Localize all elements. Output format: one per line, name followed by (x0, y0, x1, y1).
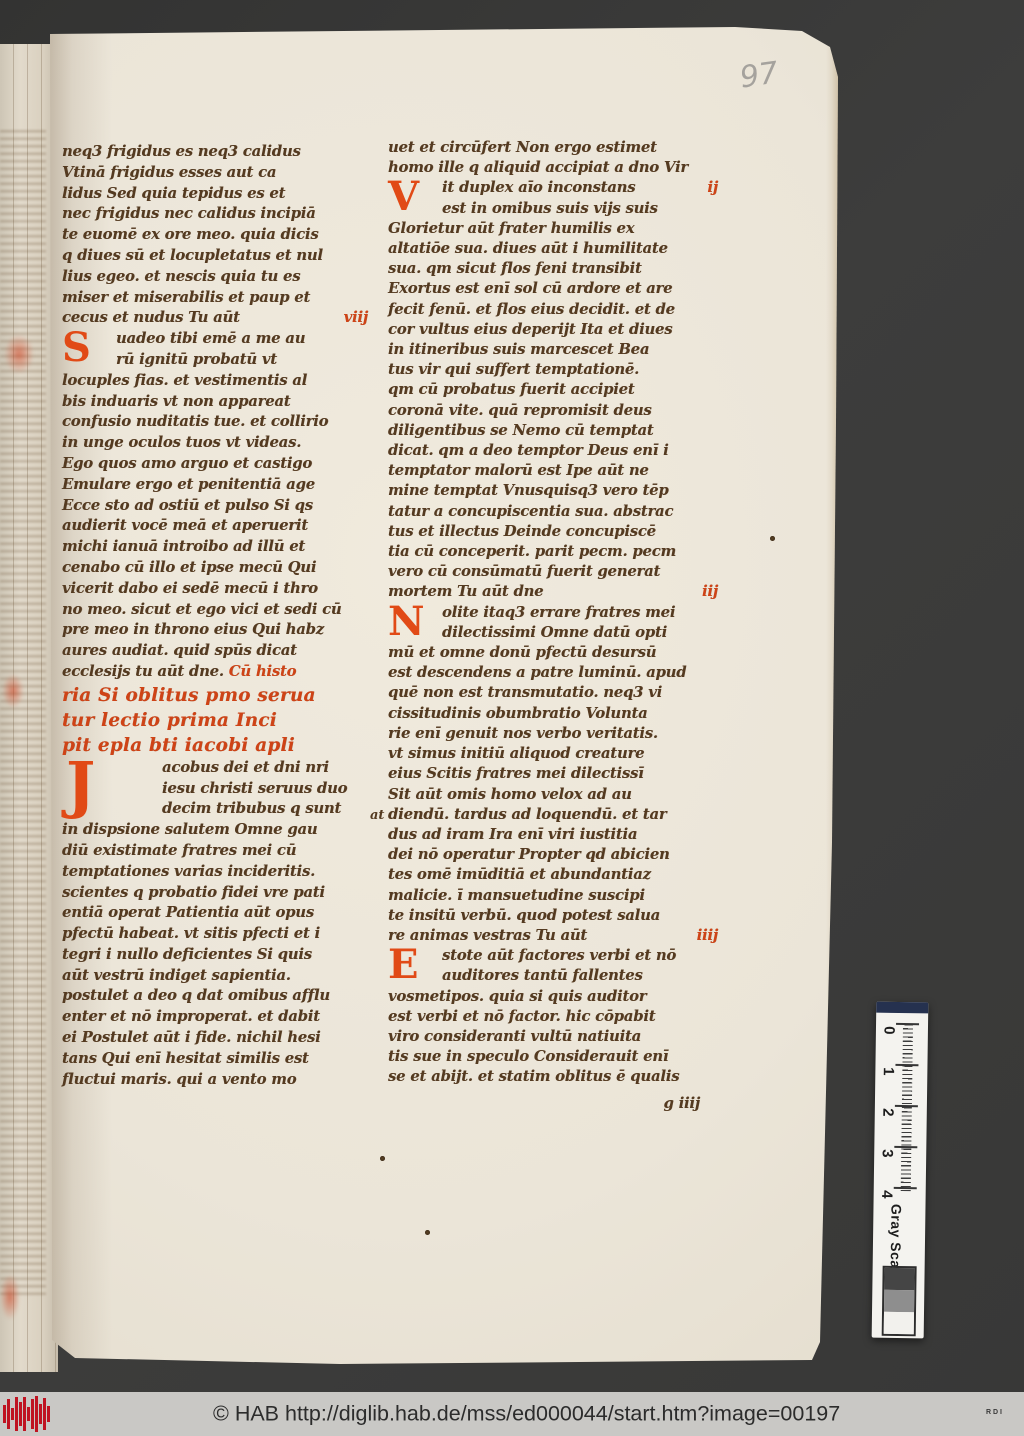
manuscript-line: miser et miserabilis et paup et (62, 288, 368, 309)
ruler-number: 2 (879, 1105, 896, 1119)
manuscript-line: ecclesijs tu aūt dne. Cū histo (62, 662, 368, 683)
manuscript-line: Estote aūt factores verbi et nō (388, 946, 718, 966)
text-segment: sua. qm sicut flos feni transibit (388, 260, 642, 277)
text-segment: dei nō operatur Propter qd abicien (388, 846, 670, 863)
manuscript-line: homo ille q aliquid accipiat a dno Vir (388, 158, 718, 178)
text-segment: tis sue in speculo Considerauit enī (388, 1048, 668, 1065)
ruler-mm-ticks (901, 1024, 913, 1191)
patch-white (884, 1312, 914, 1334)
text-segment: se et abijt. et statim oblitus ē qualis (388, 1068, 679, 1085)
patch-mid (884, 1290, 914, 1312)
manuscript-line: in dispsione salutem Omne gau (62, 820, 368, 841)
text-segment: bis induaris vt non appareat (62, 393, 290, 410)
text-segment: tus et illectus Deinde concupiscē (388, 523, 656, 540)
ruler-cm-tick (895, 1105, 918, 1107)
text-segment: decim tribubus q sunt (162, 800, 341, 817)
manuscript-line: te insitū verbū. quod potest salua (388, 906, 718, 926)
manuscript-line: in unge oculos tuos vt videas. (62, 433, 368, 454)
text-segment: eius Scitis fratres mei dilectissī (388, 765, 644, 782)
manuscript-line: te euomē ex ore meo. quia dicis (62, 225, 368, 246)
manuscript-line: Exortus est enī sol cū ardore et are (388, 279, 718, 299)
text-segment: malicie. ī mansuetudine suscipi (388, 887, 645, 904)
manuscript-line: entiā operat Patientia aūt opus (62, 903, 368, 924)
manuscript-line: diū existimate fratres mei cū (62, 841, 368, 862)
text-segment: iesu christi seruus duo (162, 780, 347, 797)
manuscript-line: temptator malorū est Ipe aūt ne (388, 461, 718, 481)
text-segment: in unge oculos tuos vt videas. (62, 434, 301, 451)
wormhole-dot (770, 536, 775, 541)
manuscript-line: q diues sū et locupletatus et nul (62, 246, 368, 267)
patch-dark (884, 1268, 914, 1290)
text-segment: Glorietur aūt frater humilis ex (388, 220, 634, 237)
manuscript-line: rie enī genuit nos verbo veritatis. (388, 724, 718, 744)
illuminated-initial: J (62, 758, 162, 818)
manuscript-line: est verbi et nō factor. hic cōpabit (388, 1007, 718, 1027)
manuscript-line: enter et nō improperat. et dabit (62, 1007, 368, 1028)
manuscript-line: tia cū conceperit. parit pecm. pecm (388, 542, 718, 562)
text-segment: diendū. tardus ad loquendū. et tar (388, 806, 666, 823)
text-segment: est in omibus suis vijs suis (442, 200, 658, 217)
manuscript-line: malicie. ī mansuetudine suscipi (388, 886, 718, 906)
manuscript-line: tus et illectus Deinde concupiscē (388, 522, 718, 542)
manuscript-line: vt simus initiū aliquod creature (388, 744, 718, 764)
text-segment: dus ad iram Ira enī viri iustitia (388, 826, 637, 843)
illuminated-initial: S (62, 329, 116, 369)
manuscript-line: dei nō operatur Propter qd abicien (388, 845, 718, 865)
gray-scale-patches (882, 1266, 917, 1336)
text-segment: rie enī genuit nos verbo veritatis. (388, 725, 658, 742)
manuscript-line: quē non est transmutatio. neq3 vi (388, 683, 718, 703)
manuscript-line: mū et omne donū pfectū desursū (388, 643, 718, 663)
manuscript-line: in itineribus suis marcescet Bea (388, 340, 718, 360)
manuscript-line: mortem Tu aūt dneiij (388, 582, 718, 602)
manuscript-line: no meo. sicut et ego vici et sedi cū (62, 600, 368, 621)
text-segment: in dispsione salutem Omne gau (62, 821, 317, 838)
ruler-navy-cap (876, 1002, 928, 1014)
manuscript-line: michi ianuā introibo ad illū et (62, 537, 368, 558)
manuscript-line: sua. qm sicut flos feni transibit (388, 259, 718, 279)
manuscript-line: diendū. tardus ad loquendū. et tar (388, 805, 718, 825)
manuscript-line: uet et circūfert Non ergo estimet (388, 138, 718, 158)
manuscript-line: tur lectio prima Inci (62, 708, 368, 733)
gray-scale-ruler: 0 1 2 3 4 Gray Scale (872, 1002, 929, 1339)
text-segment: lius egeo. et nescis quia tu es (62, 268, 300, 285)
manuscript-line: Sit aūt omis homo velox ad au (388, 785, 718, 805)
text-segment: fluctui maris. qui a vento mo (62, 1071, 296, 1088)
text-segment: scientes q probatio fidei vre pati (62, 884, 325, 901)
text-segment: miser et miserabilis et paup et (62, 289, 310, 306)
wormhole-dot (425, 1230, 430, 1235)
text-segment: aūt vestrū indiget sapientia. (62, 967, 291, 984)
text-column-left: neq3 frigidus es neq3 calidusVtinā frigi… (62, 142, 368, 1090)
text-segment: te euomē ex ore meo. quia dicis (62, 226, 318, 243)
text-segment: cecus et nudus Tu aūt (62, 309, 240, 326)
text-segment: Exortus est enī sol cū ardore et are (388, 280, 672, 297)
manuscript-line: est descendens a patre luminū. apud (388, 663, 718, 683)
text-segment: quē non est transmutatio. neq3 vi (388, 684, 662, 701)
text-segment: cenabo cū illo et ipse mecū Qui (62, 559, 316, 576)
manuscript-line: qm cū probatus fuerit accipiet (388, 380, 718, 400)
text-segment: vt simus initiū aliquod creature (388, 745, 644, 762)
text-segment: tegri i nullo deficientes Si quis (62, 946, 312, 963)
text-segment: pfectū habeat. vt sitis pfecti et i (62, 925, 320, 942)
manuscript-line: lius egeo. et nescis quia tu es (62, 267, 368, 288)
manuscript-line: Vit duplex aīo inconstansij (388, 178, 718, 198)
text-segment: Sit aūt omis homo velox ad au (388, 786, 632, 803)
text-segment: temptator malorū est Ipe aūt ne (388, 462, 649, 479)
text-segment: re animas vestras Tu aūt (388, 927, 587, 944)
footer-watermark: RDI (986, 1409, 1004, 1416)
manuscript-line: scientes q probatio fidei vre pati (62, 883, 368, 904)
manuscript-line: tegri i nullo deficientes Si quis (62, 945, 368, 966)
manuscript-line: dus ad iram Ira enī viri iustitia (388, 825, 718, 845)
manuscript-line: re animas vestras Tu aūtiiij (388, 926, 718, 946)
text-segment: Ego quos amo arguo et castigo (62, 455, 312, 472)
text-segment: homo ille q aliquid accipiat a dno Vir (388, 159, 688, 176)
text-segment: audierit vocē meā et aperuerit (62, 517, 308, 534)
manuscript-line: Suadeo tibi emē a me au (62, 329, 368, 350)
manuscript-line: Emulare ergo et penitentiā age (62, 475, 368, 496)
text-segment: olite itaq3 errare fratres mei (442, 604, 675, 621)
text-segment: te insitū verbū. quod potest salua (388, 907, 660, 924)
manuscript-line: Ecce sto ad ostiū et pulso Si qs (62, 496, 368, 517)
marginal-note: at (370, 808, 384, 823)
facing-page-blurred-text (0, 130, 46, 1300)
text-segment: ei Postulet aūt i fide. nichil hesi (62, 1029, 321, 1046)
text-segment: mū et omne donū pfectū desursū (388, 644, 656, 661)
text-segment: Ecce sto ad ostiū et pulso Si qs (62, 497, 313, 514)
wormhole-dot (380, 1156, 385, 1161)
manuscript-line: g iiij (388, 1094, 718, 1114)
manuscript-line: pfectū habeat. vt sitis pfecti et i (62, 924, 368, 945)
manuscript-line: vicerit dabo ei sedē mecū i thro (62, 579, 368, 600)
ruler-number: 1 (880, 1064, 897, 1078)
text-segment: Emulare ergo et penitentiā age (62, 476, 315, 493)
ruler-number: 0 (880, 1023, 897, 1037)
text-segment: tatur a concupiscentia sua. abstrac (388, 503, 673, 520)
ruler-cm-tick (894, 1146, 917, 1148)
manuscript-line: tis sue in speculo Considerauit enī (388, 1047, 718, 1067)
manuscript-line: se et abijt. et statim oblitus ē qualis (388, 1067, 718, 1087)
manuscript-line: temptationes varias incideritis. (62, 862, 368, 883)
illuminated-initial: N (388, 603, 442, 643)
rubric-text: iiij (697, 926, 718, 946)
text-segment: no meo. sicut et ego vici et sedi cū (62, 601, 341, 618)
ruler-cm-tick (894, 1187, 917, 1189)
hab-barcode-logo-icon (3, 1396, 50, 1432)
manuscript-line: Glorietur aūt frater humilis ex (388, 219, 718, 239)
manuscript-line: cenabo cū illo et ipse mecū Qui (62, 558, 368, 579)
text-segment: enter et nō improperat. et dabit (62, 1008, 320, 1025)
manuscript-line: locuples fias. et vestimentis al (62, 371, 368, 392)
text-segment: pre meo in throno eius Qui habz (62, 621, 324, 638)
text-segment: q diues sū et locupletatus et nul (62, 247, 323, 264)
manuscript-line: eius Scitis fratres mei dilectissī (388, 764, 718, 784)
ruler-number: 4 (878, 1187, 895, 1201)
text-segment: altatiōe sua. diues aūt i humilitate (388, 240, 668, 257)
text-segment: lidus Sed quia tepidus es et (62, 185, 285, 202)
manuscript-line: tes omē imūditiā et abundantiaz (388, 865, 718, 885)
attribution-text: © HAB http://diglib.hab.de/mss/ed000044/… (213, 1402, 840, 1427)
manuscript-line: audierit vocē meā et aperuerit (62, 516, 368, 537)
text-segment: postulet a deo q dat omibus afflu (62, 987, 330, 1004)
manuscript-line: vero cū consūmatū fuerit generat (388, 562, 718, 582)
text-segment: est verbi et nō factor. hic cōpabit (388, 1008, 655, 1025)
illuminated-initial: V (388, 178, 442, 218)
attribution-bar: © HAB http://diglib.hab.de/mss/ed000044/… (0, 1392, 1024, 1436)
text-segment: acobus dei et dni nri (162, 759, 329, 776)
text-segment: Vtinā frigidus esses aut ca (62, 164, 276, 181)
manuscript-line: dicat. qm a deo temptor Deus enī i (388, 441, 718, 461)
facing-pages-edge (0, 44, 58, 1372)
text-segment: tes omē imūditiā et abundantiaz (388, 866, 651, 883)
text-segment: it duplex aīo inconstans (442, 179, 635, 196)
manuscript-line: bis induaris vt non appareat (62, 392, 368, 413)
text-segment: mine temptat Vnusquisq3 vero tēp (388, 482, 668, 499)
text-segment: coronā vite. quā repromisit deus (388, 402, 652, 419)
text-segment: tans Qui enī hesitat similis est (62, 1050, 309, 1067)
ruler-cm-tick (896, 1023, 919, 1025)
text-segment: michi ianuā introibo ad illū et (62, 538, 305, 555)
text-segment: in itineribus suis marcescet Bea (388, 341, 649, 358)
manuscript-line: vosmetipos. quia si quis auditor (388, 987, 718, 1007)
manuscript-line: altatiōe sua. diues aūt i humilitate (388, 239, 718, 259)
manuscript-line: aūt vestrū indiget sapientia. (62, 966, 368, 987)
text-segment: diligentibus se Nemo cū temptat (388, 422, 654, 439)
illuminated-initial: E (388, 946, 442, 986)
manuscript-line: Vtinā frigidus esses aut ca (62, 163, 368, 184)
red-ink-smudge (4, 334, 34, 374)
text-segment: tia cū conceperit. parit pecm. pecm (388, 543, 676, 560)
ruler-cm-tick (895, 1064, 918, 1066)
rubric-text: viij (344, 308, 368, 329)
text-segment: aures audiat. quid spūs dicat (62, 642, 297, 659)
manuscript-line: fecit fenū. et flos eius decidit. et de (388, 300, 718, 320)
text-segment: vosmetipos. quia si quis auditor (388, 988, 646, 1005)
text-segment: tus vir qui suffert temptationē. (388, 361, 639, 378)
manuscript-line: tus vir qui suffert temptationē. (388, 360, 718, 380)
rubric-text: iij (702, 582, 718, 602)
rubric-text: tur lectio prima Inci (62, 710, 277, 731)
manuscript-line: Ego quos amo arguo et castigo (62, 454, 368, 475)
rubric-text: ria Si oblitus pmo serua (62, 685, 316, 706)
manuscript-line: viro consideranti vultū natiuita (388, 1027, 718, 1047)
rubric-text: ij (707, 178, 718, 198)
manuscript-line: cor vultus eius deperijt Ita et diues (388, 320, 718, 340)
text-segment: diū existimate fratres mei cū (62, 842, 296, 859)
text-segment: vicerit dabo ei sedē mecū i thro (62, 580, 318, 597)
manuscript-line: confusio nuditatis tue. et collirio (62, 412, 368, 433)
text-segment: mortem Tu aūt dne (388, 583, 543, 600)
text-segment: uadeo tibi emē a me au (116, 330, 305, 347)
text-segment: dicat. qm a deo temptor Deus enī i (388, 442, 669, 459)
manuscript-line: mine temptat Vnusquisq3 vero tēp (388, 481, 718, 501)
text-segment: dilectissimi Omne datū opti (442, 624, 667, 641)
manuscript-line: nec frigidus nec calidus incipiā (62, 204, 368, 225)
text-segment: locuples fias. et vestimentis al (62, 372, 307, 389)
manuscript-line: lidus Sed quia tepidus es et (62, 184, 368, 205)
text-segment: nec frigidus nec calidus incipiā (62, 205, 316, 222)
manuscript-page: 97 neq3 frigidus es neq3 calidusVtinā fr… (40, 22, 842, 1366)
ruler-number: 3 (879, 1146, 896, 1160)
manuscript-line: fluctui maris. qui a vento mo (62, 1070, 368, 1091)
text-segment: auditores tantū fallentes (442, 967, 643, 984)
text-segment: vero cū consūmatū fuerit generat (388, 563, 660, 580)
rubric-text: pit epla bti iacobi apli (62, 735, 295, 756)
manuscript-line: pre meo in throno eius Qui habz (62, 620, 368, 641)
manuscript-line: diligentibus se Nemo cū temptat (388, 421, 718, 441)
text-segment: ecclesijs tu aūt dne. (62, 663, 229, 680)
text-segment: qm cū probatus fuerit accipiet (388, 381, 634, 398)
text-segment: temptationes varias incideritis. (62, 863, 315, 880)
text-column-right: uet et circūfert Non ergo estimethomo il… (388, 138, 718, 1114)
text-segment: neq3 frigidus es neq3 calidus (62, 143, 301, 160)
manuscript-line: Nolite itaq3 errare fratres mei (388, 603, 718, 623)
text-segment: g iiij (663, 1095, 700, 1112)
photo-backdrop: 97 neq3 frigidus es neq3 calidusVtinā fr… (0, 0, 1024, 1436)
text-segment: uet et circūfert Non ergo estimet (388, 139, 657, 156)
text-segment: est descendens a patre luminū. apud (388, 664, 686, 681)
manuscript-line: Jacobus dei et dni nri (62, 758, 368, 779)
manuscript-line: ei Postulet aūt i fide. nichil hesi (62, 1028, 368, 1049)
manuscript-line: cecus et nudus Tu aūtviij (62, 308, 368, 329)
manuscript-line: cissitudinis obumbratio Volunta (388, 704, 718, 724)
text-segment: rū ignitū probatū vt (116, 351, 277, 368)
manuscript-line: coronā vite. quā repromisit deus (388, 401, 718, 421)
text-segment: cissitudinis obumbratio Volunta (388, 705, 648, 722)
manuscript-line: postulet a deo q dat omibus afflu (62, 986, 368, 1007)
manuscript-line: pit epla bti iacobi apli (62, 733, 368, 758)
text-segment: entiā operat Patientia aūt opus (62, 904, 314, 921)
text-segment: stote aūt factores verbi et nō (442, 947, 676, 964)
manuscript-line: tatur a concupiscentia sua. abstrac (388, 502, 718, 522)
text-segment: confusio nuditatis tue. et collirio (62, 413, 328, 430)
manuscript-line: aures audiat. quid spūs dicat (62, 641, 368, 662)
manuscript-line: neq3 frigidus es neq3 calidus (62, 142, 368, 163)
red-ink-smudge (2, 674, 24, 708)
text-segment: cor vultus eius deperijt Ita et diues (388, 321, 672, 338)
text-segment: fecit fenū. et flos eius decidit. et de (388, 301, 675, 318)
manuscript-line: ria Si oblitus pmo serua (62, 683, 368, 708)
red-ink-smudge (0, 1274, 20, 1320)
manuscript-line: tans Qui enī hesitat similis est (62, 1049, 368, 1070)
text-segment: viro consideranti vultū natiuita (388, 1028, 641, 1045)
rubric-text: Cū histo (229, 663, 297, 680)
folio-number: 97 (738, 56, 781, 96)
